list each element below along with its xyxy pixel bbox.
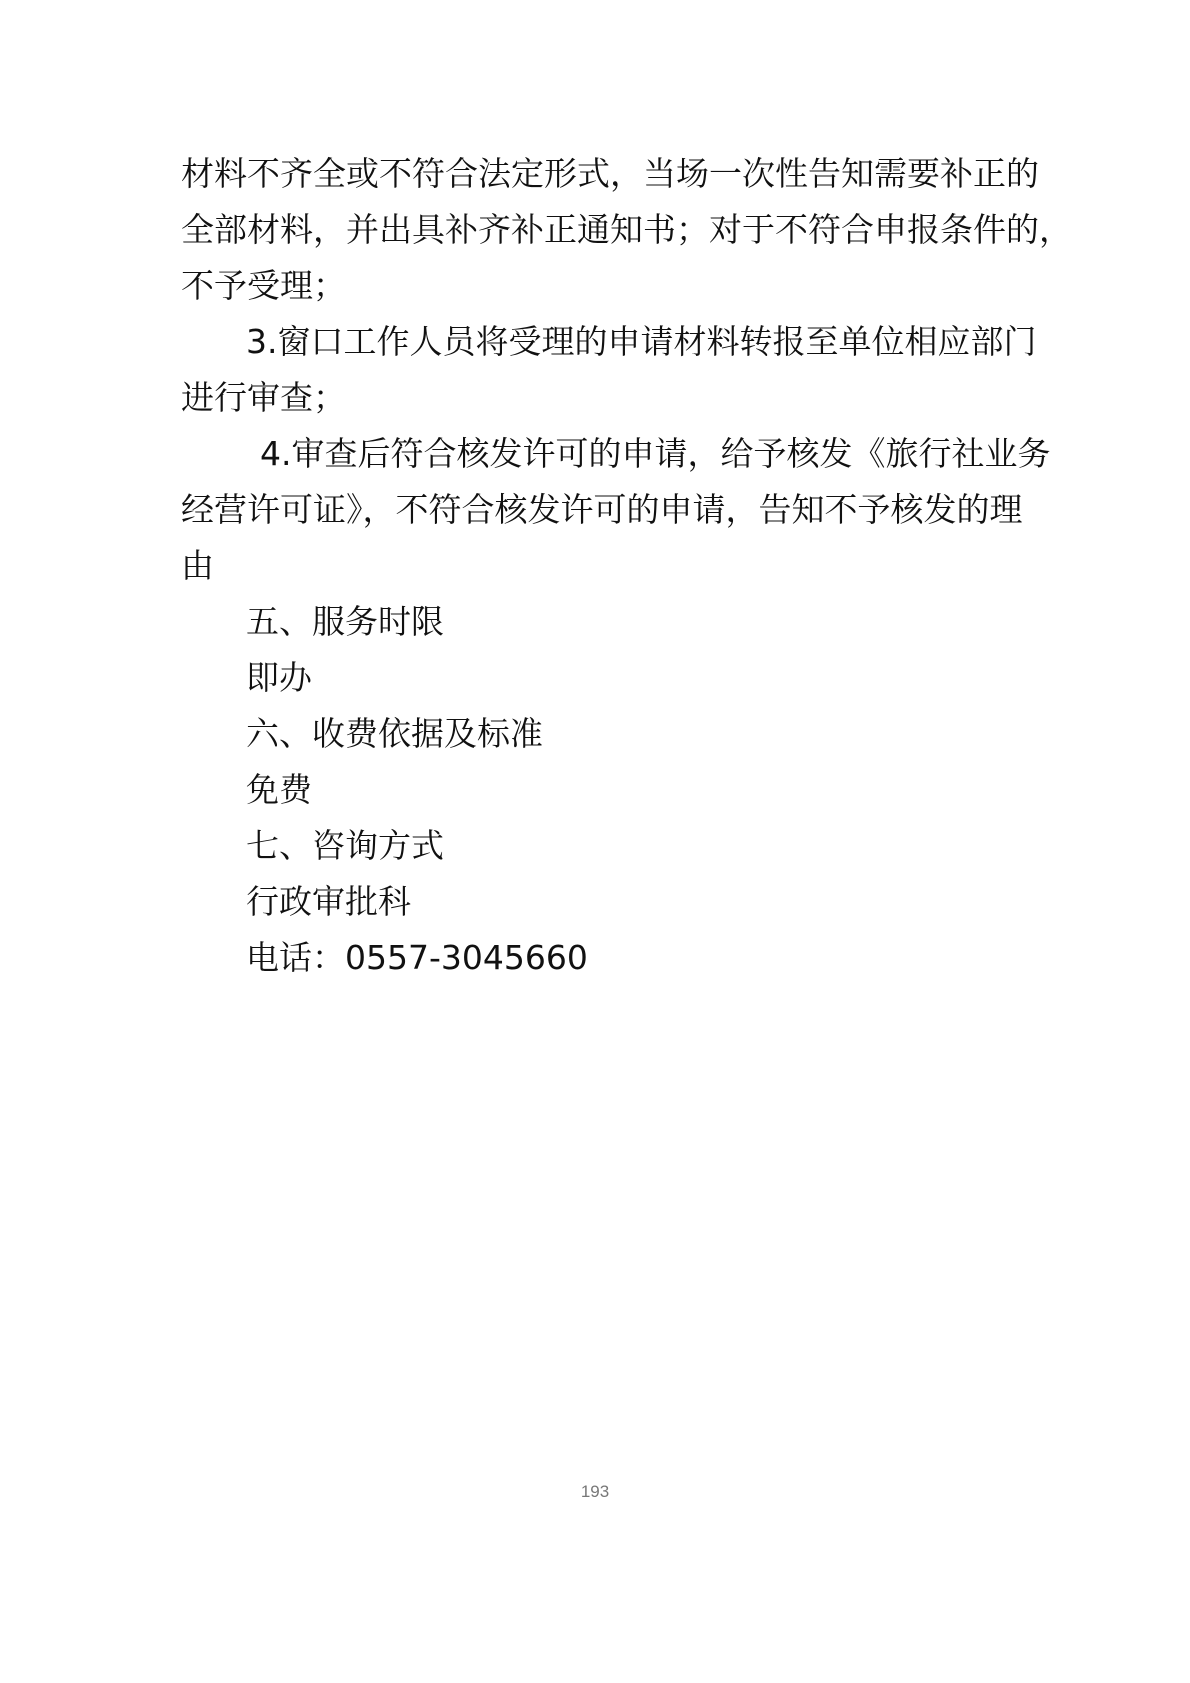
paragraph-line: 由	[181, 546, 214, 586]
step-3-line: 3.窗口工作人员将受理的申请材料转报至单位相应部门	[246, 322, 1037, 362]
section-value-consultation: 行政审批科	[246, 882, 411, 922]
page-number: 193	[0, 1482, 1190, 1502]
paragraph-line: 进行审查；	[181, 378, 346, 418]
document-page: 材料不齐全或不符合法定形式，当场一次性告知需要补正的 全部材料，并出具补齐补正通…	[0, 0, 1190, 1683]
section-heading-service-time: 五、服务时限	[246, 602, 444, 642]
paragraph-line: 不予受理；	[181, 266, 346, 306]
section-value-service-time: 即办	[246, 658, 312, 698]
paragraph-line: 材料不齐全或不符合法定形式，当场一次性告知需要补正的	[181, 154, 1019, 194]
phone-number: 电话：0557-3045660	[246, 938, 588, 978]
section-heading-fees: 六、收费依据及标准	[246, 714, 543, 754]
section-heading-consultation: 七、咨询方式	[246, 826, 444, 866]
step-4-line: 4.审查后符合核发许可的申请，给予核发《旅行社业务	[260, 434, 1051, 474]
paragraph-line: 全部材料，并出具补齐补正通知书；对于不符合申报条件的，	[181, 210, 1019, 250]
paragraph-line: 经营许可证》，不符合核发许可的申请，告知不予核发的理	[181, 490, 1019, 530]
section-value-fees: 免费	[246, 770, 312, 810]
